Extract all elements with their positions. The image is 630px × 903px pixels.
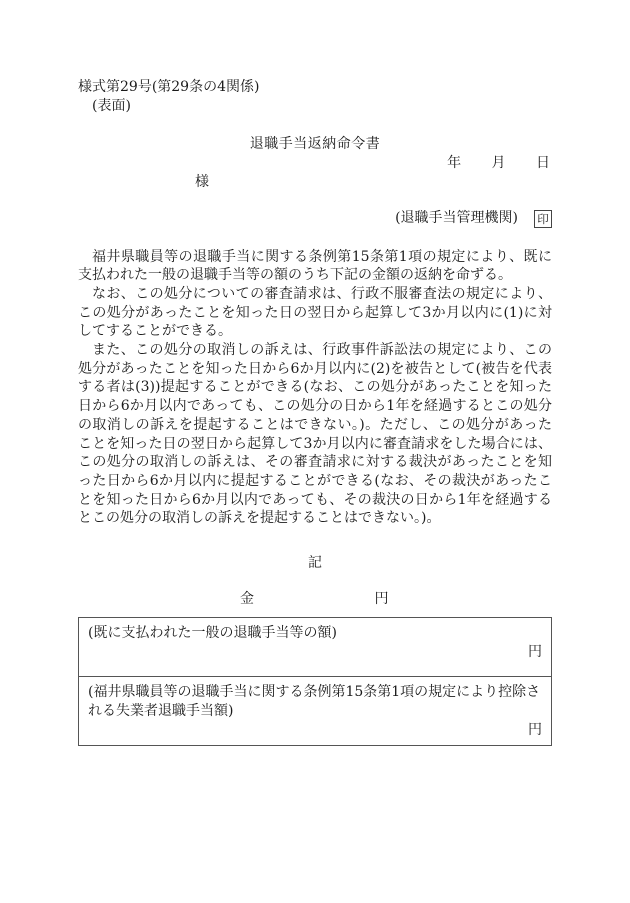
row-label: (福井県職員等の退職手当に関する条例第15条第1項の規定により控除される失業者退…: [88, 683, 542, 720]
row-label: (既に支払われた一般の退職手当等の額): [88, 624, 542, 643]
front-face-label: (表面): [78, 97, 552, 116]
body-paragraph-review-request: なお、この処分についての審査請求は、行政不服審査法の規定により、この処分があった…: [78, 285, 552, 341]
body-paragraph-order: 福井県職員等の退職手当に関する条例第15条第1項の規定により、既に支払われた一般…: [78, 248, 552, 285]
table-row-deducted-allowance: (福井県職員等の退職手当に関する条例第15条第1項の規定により控除される失業者退…: [79, 676, 551, 744]
body-text: 福井県職員等の退職手当に関する条例第15条第1項の規定により、既に支払われた一般…: [78, 248, 552, 529]
table-row-paid-allowance: (既に支払われた一般の退職手当等の額) 円: [79, 618, 551, 676]
addressee-line: 様: [78, 173, 552, 192]
document-content: 様式第29号(第29条の4関係) (表面) 退職手当返納命令書 年 月 日 様 …: [0, 0, 630, 746]
record-heading: 記: [78, 554, 552, 573]
row-unit: 円: [88, 721, 542, 740]
amount-line: 金 円: [78, 590, 552, 609]
date-year-label: 年: [447, 154, 461, 173]
amount-prefix-label: 金: [240, 590, 254, 609]
document-title: 退職手当返納命令書: [78, 135, 552, 154]
addressee-honorific: 様: [195, 174, 209, 190]
amounts-table: (既に支払われた一般の退職手当等の額) 円 (福井県職員等の退職手当に関する条例…: [78, 617, 552, 745]
seal-stamp-box: 印: [534, 210, 552, 228]
date-month-label: 月: [492, 154, 506, 173]
date-day-label: 日: [536, 154, 550, 173]
row-unit: 円: [88, 643, 542, 662]
authority-label: (退職手当管理機関): [395, 209, 518, 228]
date-line: 年 月 日: [78, 154, 552, 173]
amount-unit-label: 円: [374, 590, 388, 609]
form-number: 様式第29号(第29条の4関係): [78, 78, 552, 97]
document-page: 様式第29号(第29条の4関係) (表面) 退職手当返納命令書 年 月 日 様 …: [0, 0, 630, 903]
body-paragraph-lawsuit: また、この処分の取消しの訴えは、行政事件訴訟法の規定により、この処分があったこと…: [78, 341, 552, 528]
authority-line: (退職手当管理機関) 印: [78, 209, 552, 229]
